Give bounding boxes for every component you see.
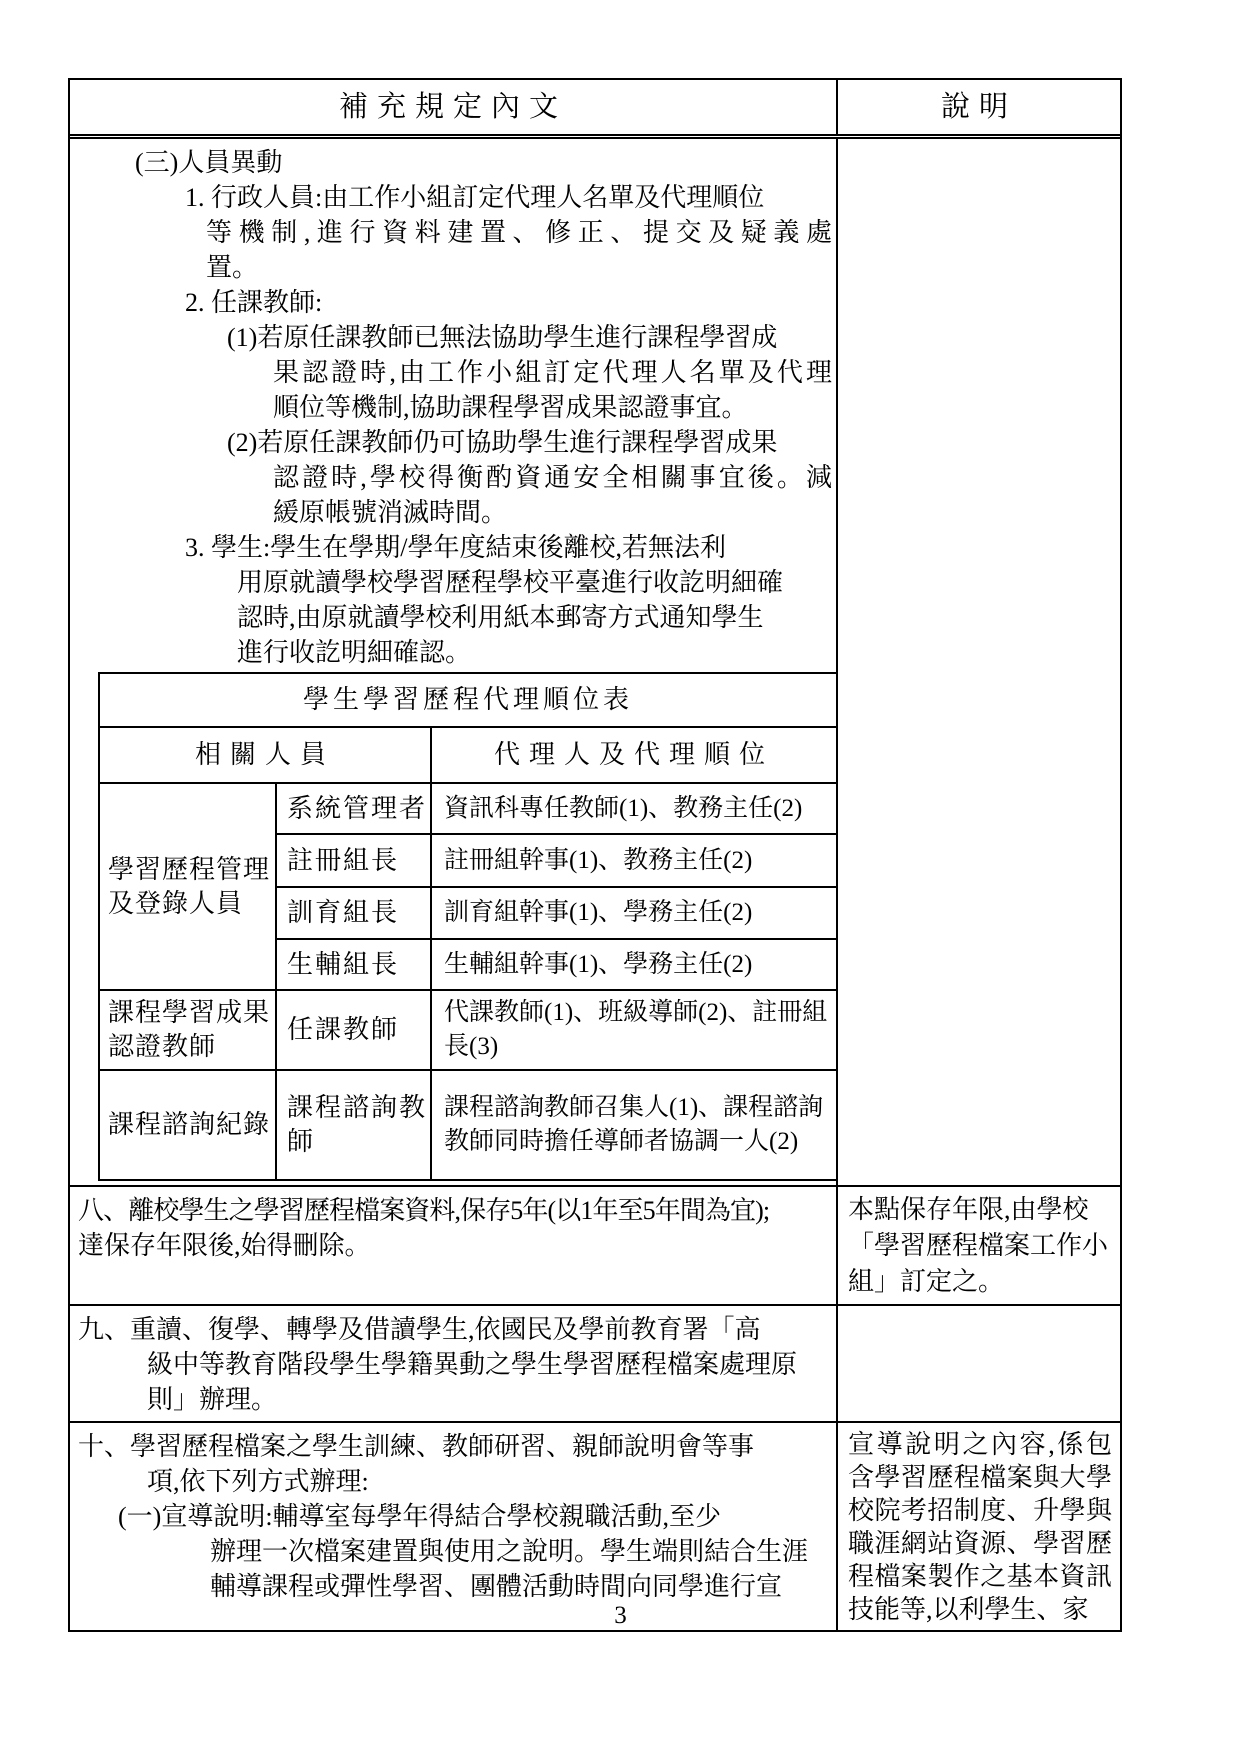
text-line: 程檔案製作之基本資訊: [848, 1560, 1112, 1593]
agent-group-label: 學習歷程管理及登錄人員: [99, 783, 276, 990]
column-header-content: 補充規定內文: [70, 80, 838, 134]
text-line: 1. 行政人員:由工作小組訂定代理人名單及代理順位: [185, 180, 832, 215]
agent-role: 生輔組長: [276, 939, 431, 990]
content-cell: 十、學習歷程檔案之學生訓練、教師研習、親師說明會等事項,依下列方式辦理:(一)宣…: [70, 1423, 838, 1630]
content-cell: (三)人員異動1. 行政人員:由工作小組訂定代理人名單及代理順位等機制,進行資料…: [70, 139, 838, 1185]
agent-header-agents: 代理人及代理順位: [431, 727, 837, 783]
text-line: 順位等機制,協助課程學習成果認證事宜。: [273, 390, 832, 425]
text-line: 級中等教育階段學生學籍異動之學生學習歷程檔案處理原: [147, 1347, 832, 1382]
text-line: 校院考招制度、升學與: [848, 1494, 1112, 1527]
text-line: (一)宣導說明:輔導室每學年得結合學校親職活動,至少: [118, 1499, 832, 1534]
text-line: (1)若原任課教師已無法協助學生進行課程學習成: [227, 320, 832, 355]
table-row-item-9: 九、重讀、復學、轉學及借讀學生,依國民及學前教育署「高級中等教育階段學生學籍異動…: [70, 1304, 1120, 1421]
text-line: 本點保存年限,由學校: [848, 1192, 1112, 1228]
agent-order: 代課教師(1)、班級導師(2)、註冊組長(3): [431, 990, 837, 1070]
text-line: 置。: [206, 250, 832, 285]
text-line: 項,依下列方式辦理:: [147, 1464, 832, 1499]
content-lines: 九、重讀、復學、轉學及借讀學生,依國民及學前教育署「高級中等教育階段學生學籍異動…: [78, 1312, 832, 1417]
note-cell: 宣導說明之內容,係包含學習歷程檔案與大學校院考招制度、升學與職涯網站資源、學習歷…: [838, 1423, 1120, 1630]
text-line: 果認證時,由工作小組訂定代理人名單及代理: [273, 355, 832, 390]
text-line: 含學習歷程檔案與大學: [848, 1461, 1112, 1494]
text-line: 宣導說明之內容,係包: [848, 1428, 1112, 1461]
text-line: 則」辦理。: [147, 1382, 832, 1417]
agent-group-label: 課程諮詢紀錄: [99, 1070, 276, 1180]
regulation-table: 補充規定內文 說明 (三)人員異動1. 行政人員:由工作小組訂定代理人名單及代理…: [68, 78, 1122, 1632]
text-line: 等機制,進行資料建置、修正、提交及疑義處: [206, 215, 832, 250]
note-cell: [838, 139, 1120, 1185]
text-line: 輔導課程或彈性學習、團體活動時間向同學進行宣: [210, 1569, 832, 1604]
agent-table-body: 學習歷程管理及登錄人員系統管理者資訊科專任教師(1)、教務主任(2)註冊組長註冊…: [99, 783, 837, 1180]
text-line: 「學習歷程檔案工作小: [848, 1228, 1112, 1264]
table-row-item-8: 八、離校學生之學習歷程檔案資料,保存5年(以1年至5年間為宜);達保存年限後,始…: [70, 1185, 1120, 1304]
text-line: 3. 學生:學生在學期/學年度結束後離校,若無法利: [185, 530, 832, 565]
text-line: 十、學習歷程檔案之學生訓練、教師研習、親師說明會等事: [78, 1429, 832, 1464]
text-line: 職涯網站資源、學習歷: [848, 1527, 1112, 1560]
text-line: 達保存年限後,始得刪除。: [78, 1228, 832, 1263]
agent-table-header-row: 相關人員 代理人及代理順位: [99, 727, 837, 783]
agent-group-label: 課程學習成果認證教師: [99, 990, 276, 1070]
agent-table-row: 課程諮詢紀錄課程諮詢教師課程諮詢教師召集人(1)、課程諮詢教師同時擔任導師者協調…: [99, 1070, 837, 1180]
table-row-item-10: 十、學習歷程檔案之學生訓練、教師研習、親師說明會等事項,依下列方式辦理:(一)宣…: [70, 1421, 1120, 1630]
table-row-section-3: (三)人員異動1. 行政人員:由工作小組訂定代理人名單及代理順位等機制,進行資料…: [70, 139, 1120, 1185]
agent-role: 任課教師: [276, 990, 431, 1070]
text-line: 2. 任課教師:: [185, 285, 832, 320]
agent-table-row: 課程學習成果認證教師任課教師代課教師(1)、班級導師(2)、註冊組長(3): [99, 990, 837, 1070]
table-header-row: 補充規定內文 說明: [70, 80, 1120, 139]
text-line: 九、重讀、復學、轉學及借讀學生,依國民及學前教育署「高: [78, 1312, 832, 1347]
content-lines: 八、離校學生之學習歷程檔案資料,保存5年(以1年至5年間為宜);達保存年限後,始…: [78, 1193, 832, 1263]
agent-header-related: 相關人員: [99, 727, 431, 783]
agent-order-table: 學生學習歷程代理順位表 相關人員 代理人及代理順位 學習歷程管理及登錄人員系統管…: [98, 672, 838, 1181]
content-lines: (三)人員異動1. 行政人員:由工作小組訂定代理人名單及代理順位等機制,進行資料…: [78, 145, 832, 670]
note-lines: 本點保存年限,由學校「學習歷程檔案工作小組」訂定之。: [848, 1192, 1112, 1300]
agent-role: 課程諮詢教師: [276, 1070, 431, 1180]
agent-table-row: 學習歷程管理及登錄人員系統管理者資訊科專任教師(1)、教務主任(2): [99, 783, 837, 834]
content-cell: 八、離校學生之學習歷程檔案資料,保存5年(以1年至5年間為宜);達保存年限後,始…: [70, 1187, 838, 1304]
text-line: (三)人員異動: [135, 145, 832, 180]
text-line: 認時,由原就讀學校利用紙本郵寄方式通知學生: [237, 600, 832, 635]
note-lines: 宣導說明之內容,係包含學習歷程檔案與大學校院考招制度、升學與職涯網站資源、學習歷…: [848, 1428, 1112, 1626]
agent-role: 註冊組長: [276, 834, 431, 887]
agent-order: 註冊組幹事(1)、教務主任(2): [431, 834, 837, 887]
column-header-note: 說明: [838, 80, 1120, 134]
text-line: 辦理一次檔案建置與使用之說明。學生端則結合生涯: [210, 1534, 832, 1569]
document-page: 補充規定內文 說明 (三)人員異動1. 行政人員:由工作小組訂定代理人名單及代理…: [0, 0, 1241, 1755]
page-number: 3: [0, 1602, 1241, 1630]
text-line: 八、離校學生之學習歷程檔案資料,保存5年(以1年至5年間為宜);: [78, 1193, 832, 1228]
text-line: 用原就讀學校學習歷程學校平臺進行收訖明細確: [237, 565, 832, 600]
text-line: 認證時,學校得衡酌資通安全相關事宜後。減: [273, 460, 832, 495]
agent-order: 訓育組幹事(1)、學務主任(2): [431, 887, 837, 939]
agent-table-title: 學生學習歷程代理順位表: [99, 673, 837, 727]
content-cell: 九、重讀、復學、轉學及借讀學生,依國民及學前教育署「高級中等教育階段學生學籍異動…: [70, 1306, 838, 1421]
agent-table-title-row: 學生學習歷程代理順位表: [99, 673, 837, 727]
text-line: 緩原帳號消滅時間。: [273, 495, 832, 530]
content-lines: 十、學習歷程檔案之學生訓練、教師研習、親師說明會等事項,依下列方式辦理:(一)宣…: [78, 1429, 832, 1604]
agent-order: 資訊科專任教師(1)、教務主任(2): [431, 783, 837, 834]
text-line: 進行收訖明細確認。: [237, 635, 832, 670]
note-cell: 本點保存年限,由學校「學習歷程檔案工作小組」訂定之。: [838, 1187, 1120, 1304]
text-line: 組」訂定之。: [848, 1264, 1112, 1300]
text-line: (2)若原任課教師仍可協助學生進行課程學習成果: [227, 425, 832, 460]
agent-order: 課程諮詢教師召集人(1)、課程諮詢教師同時擔任導師者協調一人(2): [431, 1070, 837, 1180]
agent-order: 生輔組幹事(1)、學務主任(2): [431, 939, 837, 990]
note-cell: [838, 1306, 1120, 1421]
agent-role: 訓育組長: [276, 887, 431, 939]
agent-role: 系統管理者: [276, 783, 431, 834]
